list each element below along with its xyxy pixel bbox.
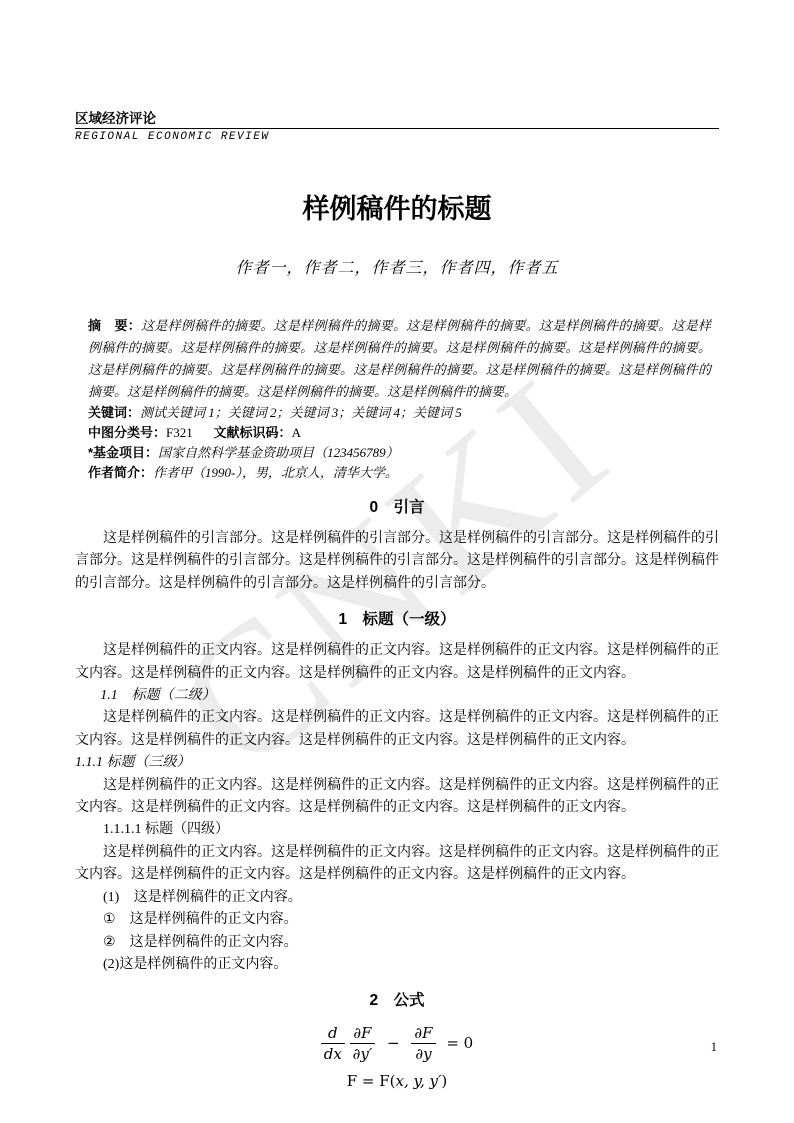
list-item: (2)这是样例稿件的正文内容。 xyxy=(75,954,719,976)
article-title: 样例稿件的标题 xyxy=(75,193,719,225)
list-item: ①这是样例稿件的正文内容。 xyxy=(75,909,719,931)
bio-text: 作者甲（1990-），男，北京人，清华大学。 xyxy=(153,465,398,480)
fraction-dF-dyprime: ∂F ∂y′ xyxy=(350,1024,376,1063)
body-paragraph-1: 这是样例稿件的正文内容。这是样例稿件的正文内容。这是样例稿件的正文内容。这是样例… xyxy=(75,640,719,685)
page-number: 1 xyxy=(711,1040,717,1055)
journal-name-cn: 区域经济评论 xyxy=(75,111,719,129)
fraction-d-dx: d dx xyxy=(321,1024,345,1063)
list-marker: ② xyxy=(103,932,130,954)
front-matter: 摘 要：这是样例稿件的摘要。这是样例稿件的摘要。这是样例稿件的摘要。这是样例稿件… xyxy=(88,315,711,483)
function-definition-formula: F = F(x, y, y′) xyxy=(75,1072,719,1090)
heading-level-2: 1.1 标题（二级） xyxy=(75,685,719,707)
list-marker: ① xyxy=(103,909,130,931)
list-marker: (1) xyxy=(103,887,134,909)
section-heading-intro: 0 引言 xyxy=(75,497,719,519)
formula-lhs: F = F( xyxy=(347,1072,396,1090)
fraction-numerator: d xyxy=(321,1024,345,1044)
formula-args: x, y, y′ xyxy=(396,1072,442,1090)
clc-label: 中图分类号： xyxy=(88,425,166,440)
fraction-numerator: ∂F xyxy=(411,1024,435,1044)
fund-text: 国家自然科学基金资助项目（123456789） xyxy=(158,445,399,460)
list-text: 这是样例稿件的正文内容。 xyxy=(119,957,287,972)
fund-line: *基金项目：国家自然科学基金资助项目（123456789） xyxy=(88,443,711,463)
bio-label: 作者简介： xyxy=(88,465,153,480)
keywords-line: 关键词：测试关键词 1；关键词 2；关键词 3；关键词 4；关键词 5 xyxy=(88,403,711,423)
fraction-denominator: ∂y xyxy=(411,1044,435,1063)
author-line: 作者一，作者二，作者三，作者四，作者五 xyxy=(75,259,719,279)
heading-level-4: 1.1.1.1 标题（四级） xyxy=(75,819,719,841)
euler-lagrange-formula: d dx ∂F ∂y′ − ∂F ∂y = 0 xyxy=(75,1024,719,1063)
list-item: (1)这是样例稿件的正文内容。 xyxy=(75,887,719,909)
list-text: 这是样例稿件的正文内容。 xyxy=(134,890,302,905)
section-heading-1: 1 标题（一级） xyxy=(75,609,719,631)
author-bio-line: 作者简介：作者甲（1990-），男，北京人，清华大学。 xyxy=(88,463,711,483)
document-page: CNKI 区域经济评论 REGIONAL ECONOMIC REVIEW 样例稿… xyxy=(0,0,794,1123)
abstract-label: 摘 要： xyxy=(88,318,141,333)
classification-line: 中图分类号：F321文献标识码：A xyxy=(88,423,711,443)
fraction-denominator: dx xyxy=(321,1044,345,1063)
doc-code-label: 文献标识码： xyxy=(214,425,292,440)
list-marker: (2) xyxy=(103,954,119,976)
journal-masthead: 区域经济评论 REGIONAL ECONOMIC REVIEW xyxy=(75,111,719,144)
formula-close-paren: ) xyxy=(441,1072,447,1090)
body-paragraph-4: 这是样例稿件的正文内容。这是样例稿件的正文内容。这是样例稿件的正文内容。这是样例… xyxy=(75,842,719,887)
journal-name-en: REGIONAL ECONOMIC REVIEW xyxy=(75,131,719,144)
body-paragraph-2: 这是样例稿件的正文内容。这是样例稿件的正文内容。这是样例稿件的正文内容。这是样例… xyxy=(75,707,719,752)
fraction-numerator: ∂F xyxy=(350,1024,376,1044)
clc-value: F321 xyxy=(166,425,193,440)
section-heading-2: 2 公式 xyxy=(75,990,719,1012)
minus-operator: − xyxy=(387,1034,400,1052)
heading-level-3: 1.1.1 标题（三级） xyxy=(75,752,719,774)
fund-label: *基金项目： xyxy=(88,445,158,460)
list-item: ②这是样例稿件的正文内容。 xyxy=(75,932,719,954)
abstract-text: 这是样例稿件的摘要。这是样例稿件的摘要。这是样例稿件的摘要。这是样例稿件的摘要。… xyxy=(88,318,711,399)
equals-zero: = 0 xyxy=(446,1034,473,1052)
fraction-dF-dy: ∂F ∂y xyxy=(411,1024,435,1063)
page-content: 区域经济评论 REGIONAL ECONOMIC REVIEW 样例稿件的标题 … xyxy=(0,0,794,1090)
keywords-text: 测试关键词 1；关键词 2；关键词 3；关键词 4；关键词 5 xyxy=(140,405,462,420)
list-text: 这是样例稿件的正文内容。 xyxy=(130,935,298,950)
intro-paragraph: 这是样例稿件的引言部分。这是样例稿件的引言部分。这是样例稿件的引言部分。这是样例… xyxy=(75,528,719,595)
abstract-paragraph: 摘 要：这是样例稿件的摘要。这是样例稿件的摘要。这是样例稿件的摘要。这是样例稿件… xyxy=(88,315,711,403)
fraction-denominator: ∂y′ xyxy=(350,1044,376,1063)
keywords-label: 关键词： xyxy=(88,405,140,420)
list-text: 这是样例稿件的正文内容。 xyxy=(130,912,298,927)
doc-code-value: A xyxy=(292,425,301,440)
body-paragraph-3: 这是样例稿件的正文内容。这是样例稿件的正文内容。这是样例稿件的正文内容。这是样例… xyxy=(75,775,719,820)
